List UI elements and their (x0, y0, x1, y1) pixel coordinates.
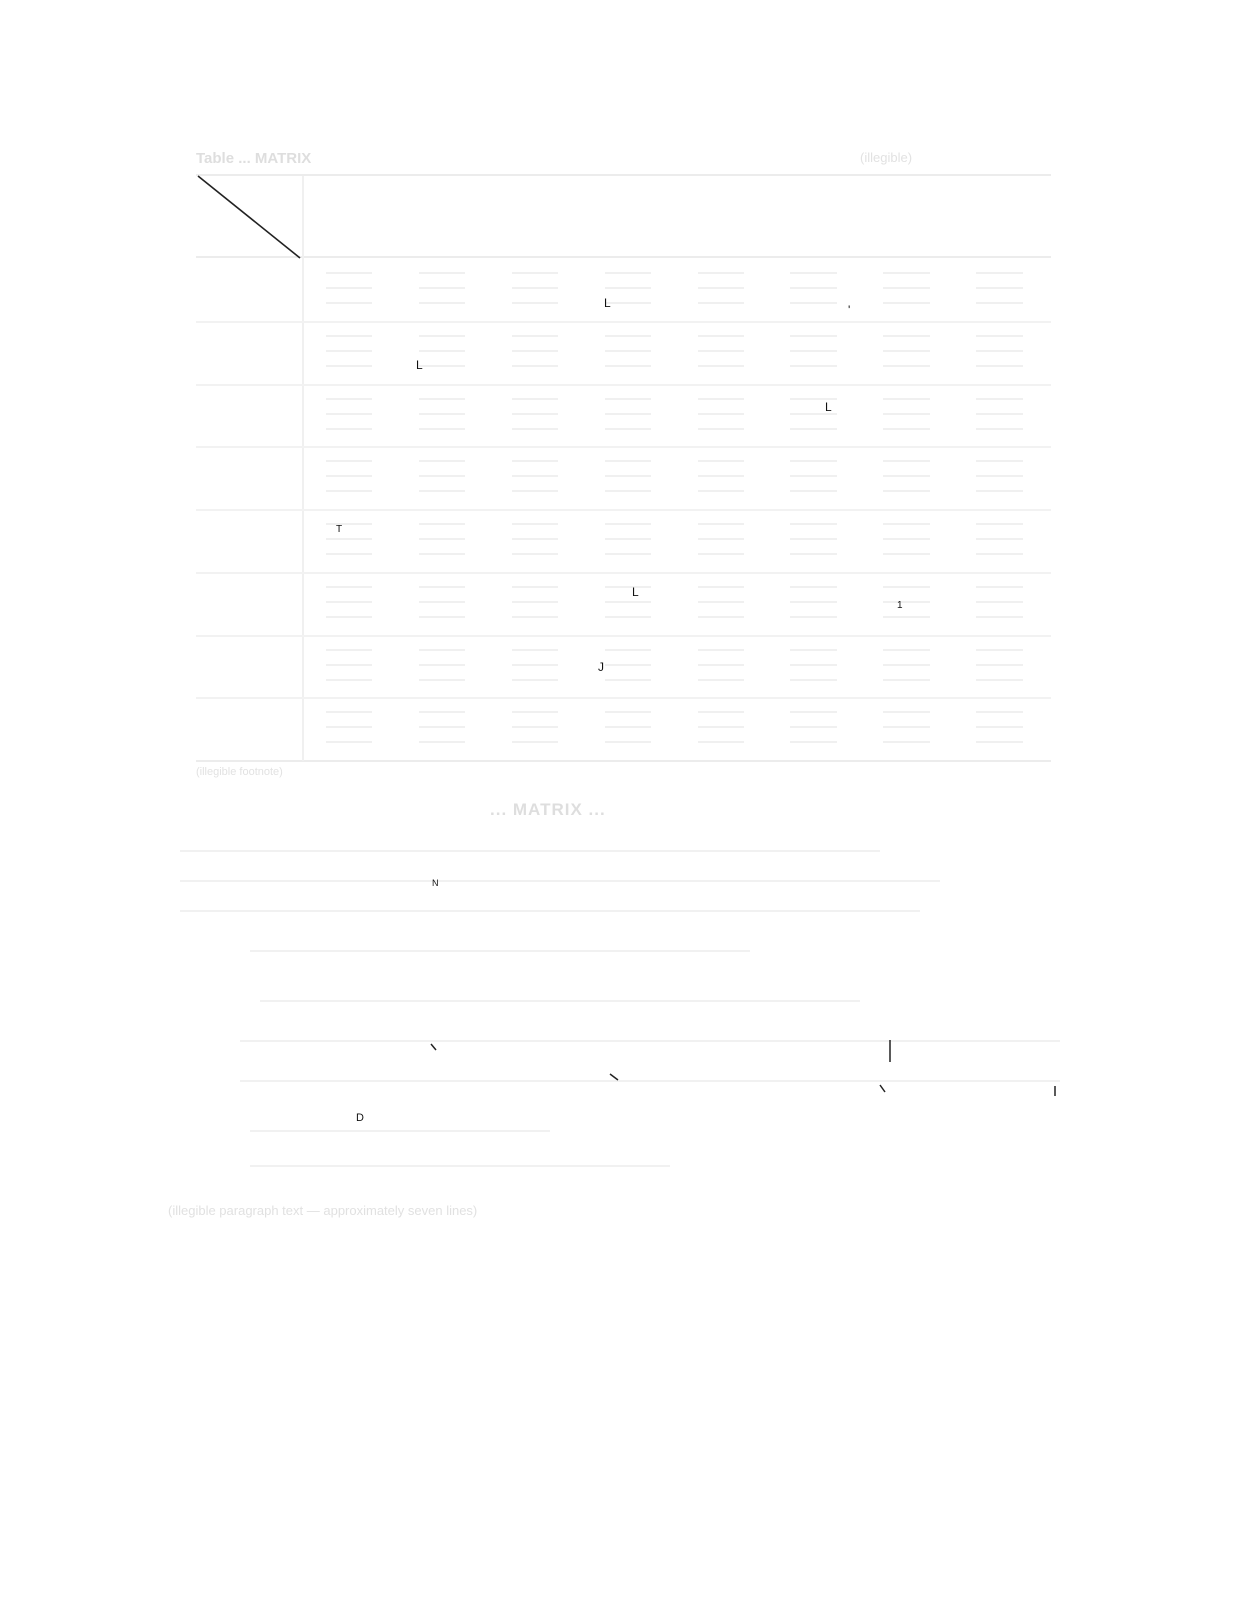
body-paragraph: (illegible paragraph text — approximatel… (168, 1200, 1058, 1221)
equation-strokes (0, 0, 1249, 1598)
